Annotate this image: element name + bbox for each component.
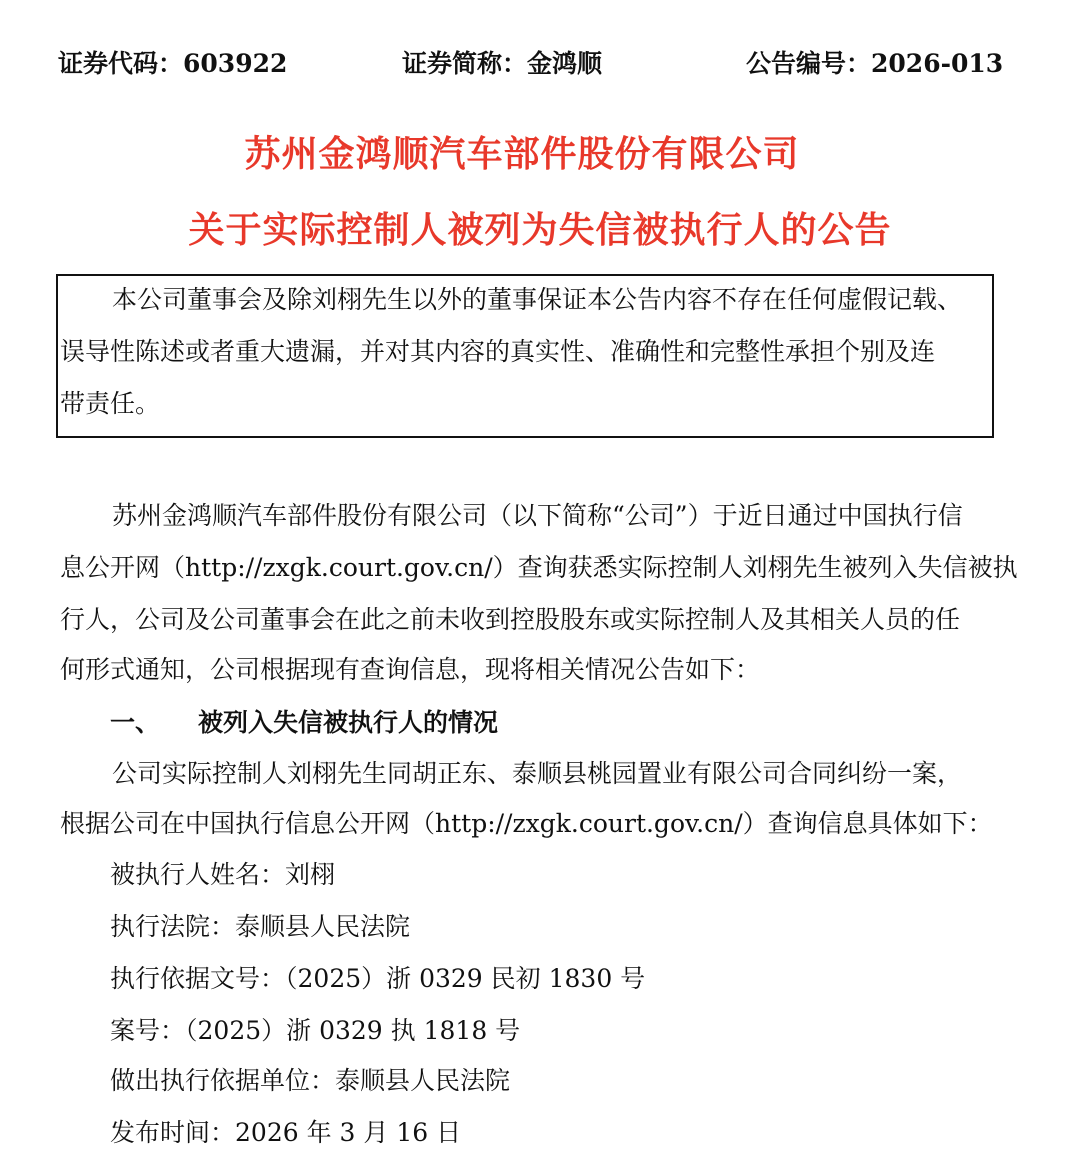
detail-basis-document-no: 执行依据文号：（2025）浙 0329 民初 1830 号	[110, 954, 645, 1004]
announcement-number-value: 2026-013	[871, 49, 1003, 78]
detail-label: 发布时间：	[110, 1118, 235, 1147]
security-code: 证券代码：603922	[58, 42, 287, 86]
detail-value: 泰顺县人民法院	[235, 912, 410, 941]
section-1-heading: 一、被列入失信被执行人的情况	[110, 698, 498, 748]
detail-label: 做出执行依据单位：	[110, 1066, 335, 1095]
detail-label: 案号：	[110, 1016, 185, 1045]
detail-label: 执行法院：	[110, 912, 235, 941]
statement-line-3: 带责任。	[60, 378, 160, 430]
security-code-label: 证券代码：	[58, 49, 183, 78]
detail-publish-date: 发布时间：2026 年 3 月 16 日	[110, 1108, 461, 1156]
detail-value: 2026 年 3 月 16 日	[235, 1118, 461, 1147]
detail-value: 泰顺县人民法院	[335, 1066, 510, 1095]
section-1-number: 一、	[110, 698, 198, 748]
security-abbr-value: 金鸿顺	[527, 49, 602, 78]
intro-line-4: 何形式通知，公司根据现有查询信息，现将相关情况公告如下：	[60, 644, 760, 696]
intro-line-3: 行人，公司及公司董事会在此之前未收到控股股东或实际控制人及其相关人员的任	[60, 594, 960, 646]
detail-label: 被执行人姓名：	[110, 860, 285, 889]
security-code-value: 603922	[183, 49, 287, 78]
title-company: 苏州金鸿顺汽车部件股份有限公司	[0, 126, 1062, 177]
section-1-body-line-2: 根据公司在中国执行信息公开网（http://zxgk.court.gov.cn/…	[60, 798, 993, 850]
section-1-body-line-1: 公司实际控制人刘栩先生同胡正东、泰顺县桃园置业有限公司合同纠纷一案，	[60, 748, 962, 800]
detail-basis-issuer: 做出执行依据单位：泰顺县人民法院	[110, 1056, 510, 1106]
intro-line-1: 苏州金鸿顺汽车部件股份有限公司（以下简称“公司”）于近日通过中国执行信	[60, 490, 963, 542]
announcement-number-label: 公告编号：	[746, 49, 871, 78]
title-subject: 关于实际控制人被列为失信被执行人的公告	[0, 202, 1080, 253]
intro-line-2: 息公开网（http://zxgk.court.gov.cn/）查询获悉实际控制人…	[60, 542, 1018, 594]
detail-case-no: 案号：（2025）浙 0329 执 1818 号	[110, 1006, 520, 1056]
detail-executing-court: 执行法院：泰顺县人民法院	[110, 902, 410, 952]
detail-debtor-name: 被执行人姓名：刘栩	[110, 850, 335, 900]
statement-line-2: 误导性陈述或者重大遗漏，并对其内容的真实性、准确性和完整性承担个别及连	[60, 326, 935, 378]
detail-value: （2025）浙 0329 执 1818 号	[185, 1016, 520, 1045]
detail-label: 执行依据文号：	[110, 964, 285, 993]
detail-value: （2025）浙 0329 民初 1830 号	[285, 964, 645, 993]
detail-value: 刘栩	[285, 860, 335, 889]
statement-line-1: 本公司董事会及除刘栩先生以外的董事保证本公告内容不存在任何虚假记载、	[60, 274, 962, 326]
announcement-number: 公告编号：2026-013	[746, 42, 1003, 86]
security-abbr: 证券简称：金鸿顺	[402, 42, 602, 86]
security-abbr-label: 证券简称：	[402, 49, 527, 78]
announcement-header: 证券代码：603922 证券简称：金鸿顺 公告编号：2026-013	[58, 42, 988, 86]
section-1-title: 被列入失信被执行人的情况	[198, 708, 498, 737]
